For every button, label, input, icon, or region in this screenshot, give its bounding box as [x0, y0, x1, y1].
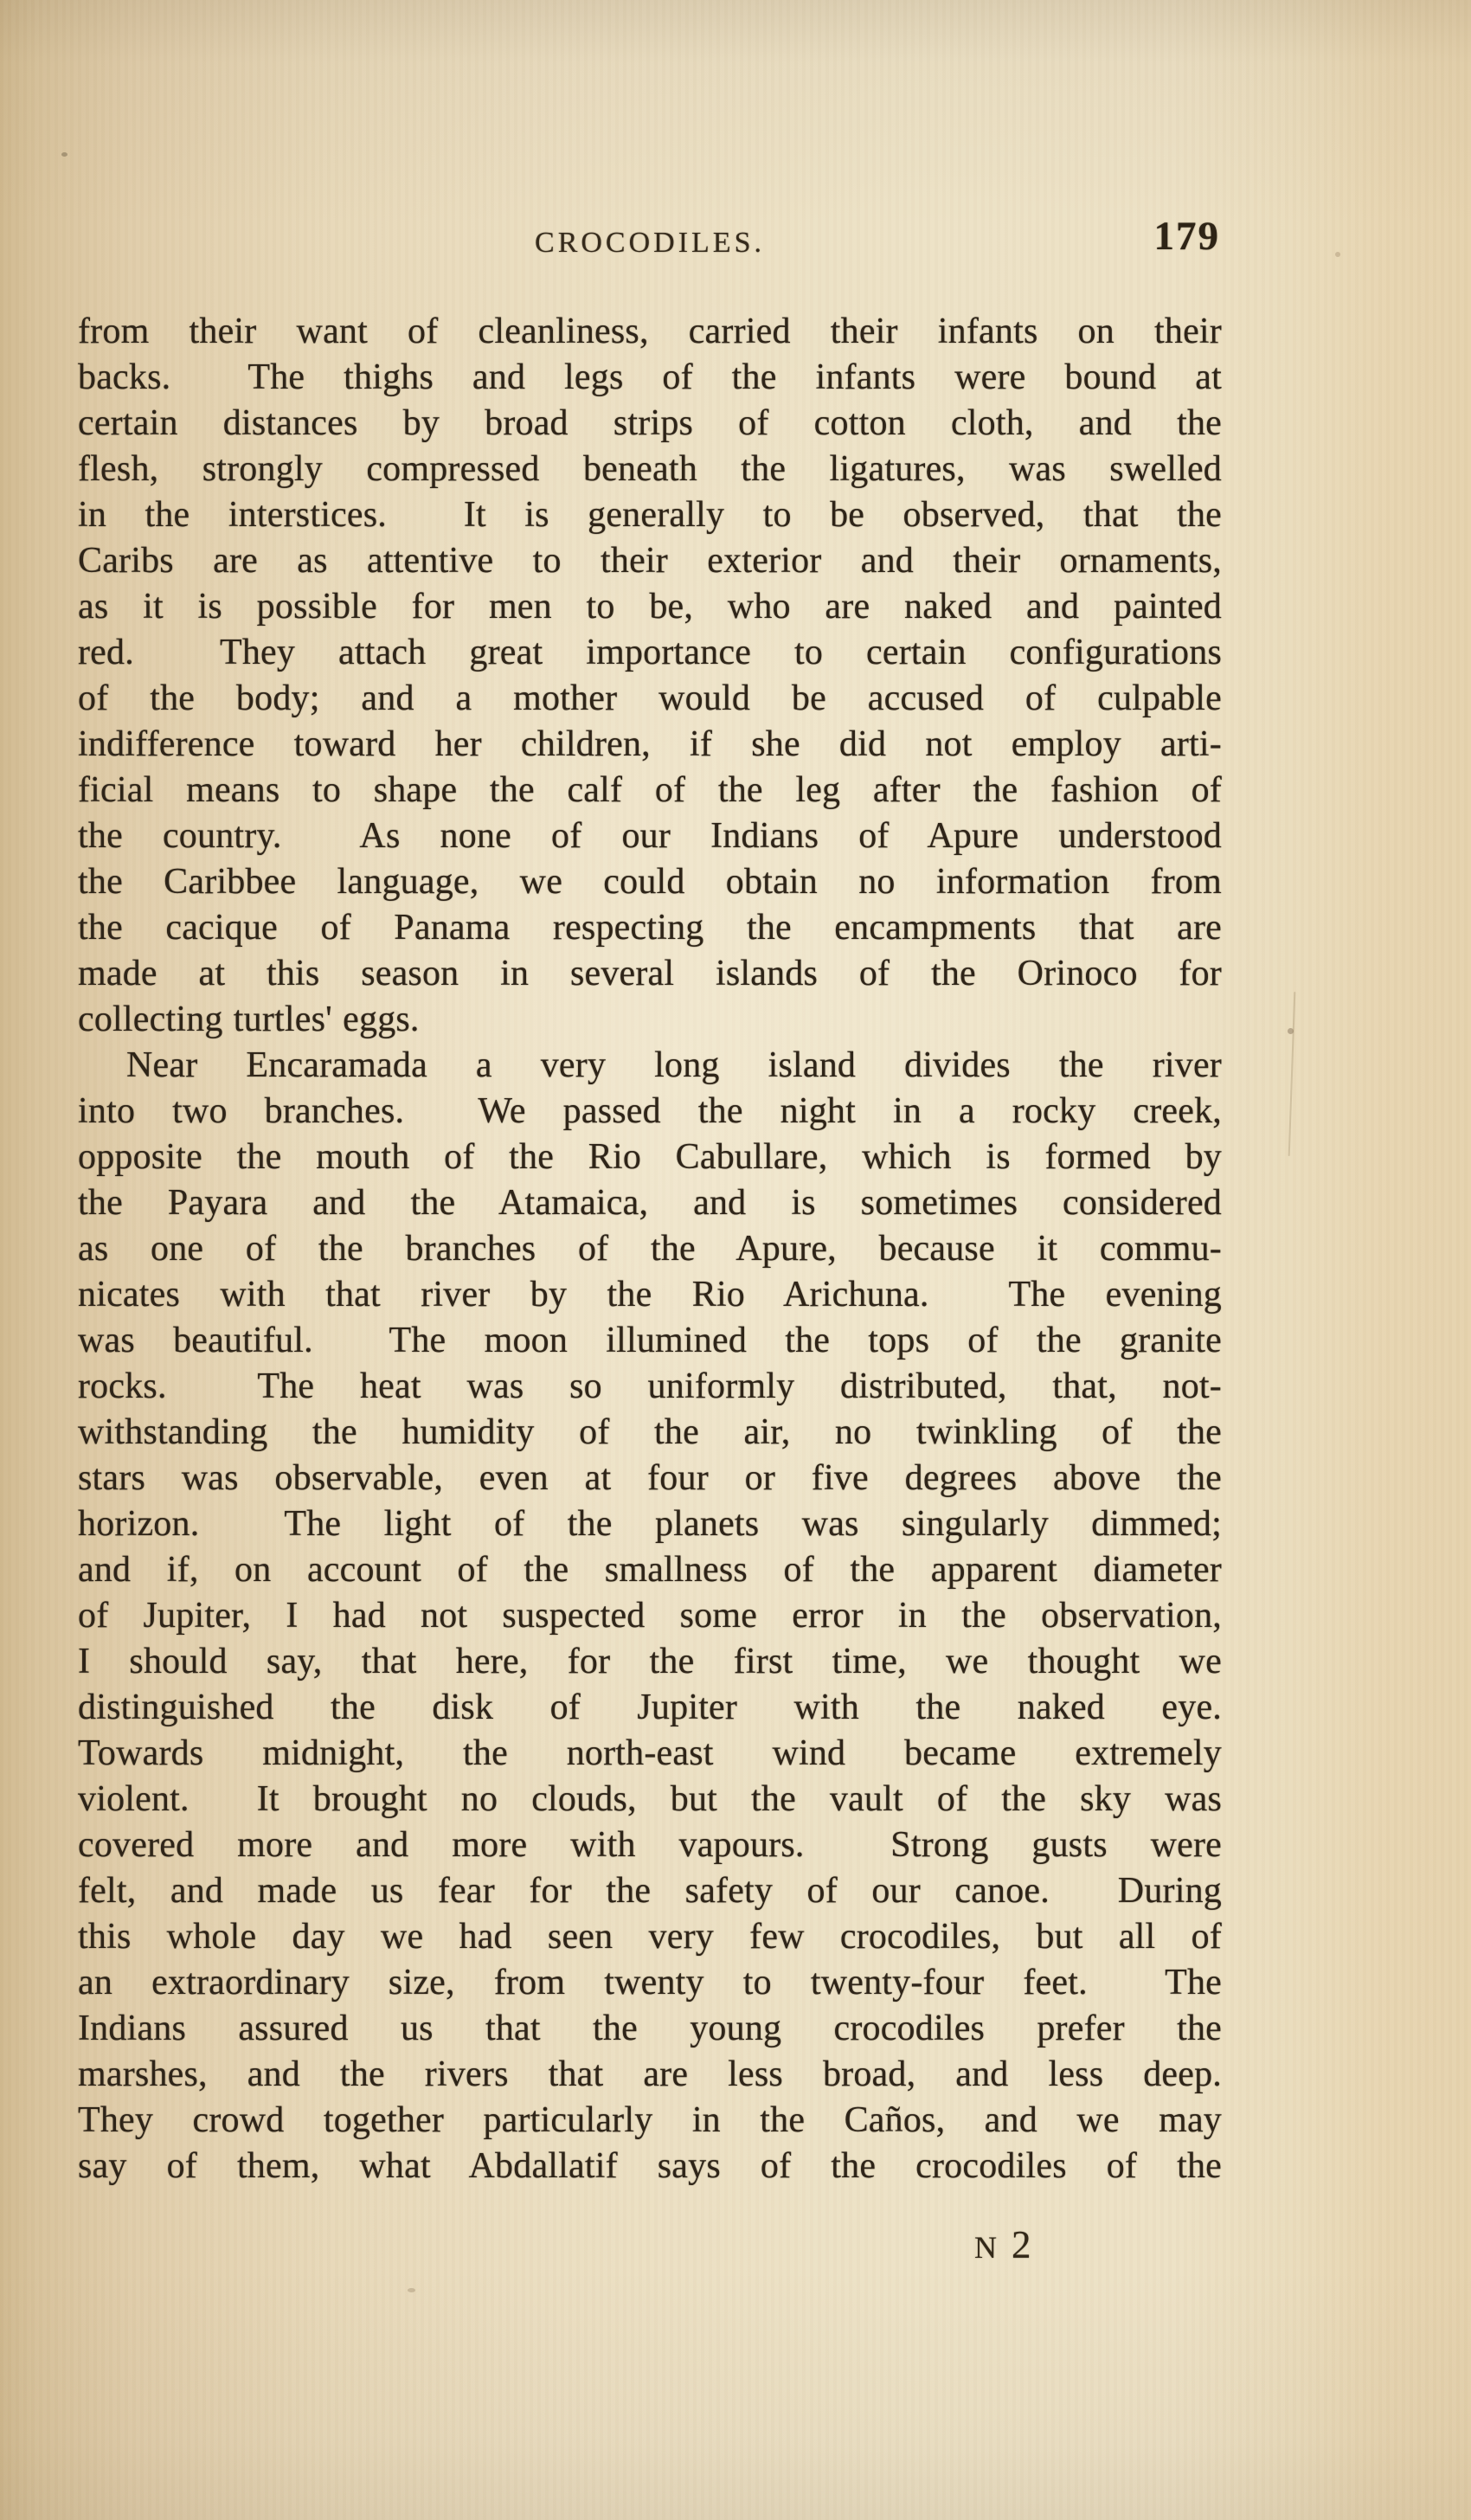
text-line: rocks. The heat was so uniformly distrib…	[78, 1364, 1222, 1410]
text-line: felt, and made us fear for the safety of…	[78, 1868, 1222, 1914]
scan-speck	[408, 2288, 415, 2292]
text-line: as it is possible for men to be, who are…	[78, 584, 1222, 630]
text-line: certain distances by broad strips of cot…	[78, 401, 1222, 447]
text-line: backs. The thighs and legs of the infant…	[78, 355, 1222, 401]
text-line: stars was observable, even at four or fi…	[78, 1456, 1222, 1501]
text-line: ficial means to shape the calf of the le…	[78, 768, 1222, 813]
text-line: opposite the mouth of the Rio Cabullare,…	[78, 1135, 1222, 1180]
printer-signature: N 2	[974, 2226, 1031, 2265]
text-line: covered more and more with vapours. Stro…	[78, 1822, 1222, 1868]
text-line: was beautiful. The moon illumined the to…	[78, 1318, 1222, 1364]
text-line: the country. As none of our Indians of A…	[78, 813, 1222, 859]
scan-speck	[61, 152, 67, 157]
text-line: distinguished the disk of Jupiter with t…	[78, 1685, 1222, 1731]
text-line: from their want of cleanliness, carried …	[78, 309, 1222, 355]
scan-crease	[1288, 992, 1296, 1156]
text-line: of the body; and a mother would be accus…	[78, 676, 1222, 722]
text-line: indifference toward her children, if she…	[78, 722, 1222, 768]
text-line: an extraordinary size, from twenty to tw…	[78, 1960, 1222, 2006]
text-line: this whole day we had seen very few croc…	[78, 1914, 1222, 1960]
page-number: 179	[1154, 216, 1221, 257]
text-line: withstanding the humidity of the air, no…	[78, 1410, 1222, 1456]
scan-speck	[1335, 252, 1340, 257]
text-line: the Payara and the Atamaica, and is some…	[78, 1180, 1222, 1226]
text-line: horizon. The light of the planets was si…	[78, 1501, 1222, 1547]
text-line: marshes, and the rivers that are less br…	[78, 2052, 1222, 2098]
text-line: nicates with that river by the Rio Arich…	[78, 1272, 1222, 1318]
text-line: They crowd together particularly in the …	[78, 2098, 1222, 2144]
text-line: collecting turtles' eggs.	[78, 997, 1222, 1043]
text-line: of Jupiter, I had not suspected some err…	[78, 1593, 1222, 1639]
text-line: as one of the branches of the Apure, bec…	[78, 1226, 1222, 1272]
text-line: in the interstices. It is generally to b…	[78, 492, 1222, 538]
text-line: red. They attach great importance to cer…	[78, 630, 1222, 676]
printer-signature-letter: N	[974, 2232, 997, 2263]
running-head-title: CROCODILES.	[535, 228, 765, 258]
text-line: violent. It brought no clouds, but the v…	[78, 1777, 1222, 1822]
text-line: Indians assured us that the young crocod…	[78, 2006, 1222, 2052]
text-line: Towards midnight, the north-east wind be…	[78, 1731, 1222, 1777]
text-line: the cacique of Panama respecting the enc…	[78, 905, 1222, 951]
text-line: the Caribbee language, we could obtain n…	[78, 859, 1222, 905]
text-line: I should say, that here, for the first t…	[78, 1639, 1222, 1685]
text-line: made at this season in several islands o…	[78, 951, 1222, 997]
scanned-book-page: CROCODILES. 179 from their want of clean…	[0, 0, 1471, 2520]
text-line: say of them, what Abdallatif says of the…	[78, 2144, 1222, 2189]
text-line: Caribs are as attentive to their exterio…	[78, 538, 1222, 584]
text-line: Near Encaramada a very long island divid…	[78, 1043, 1222, 1089]
running-head: CROCODILES. 179	[78, 215, 1222, 275]
text-line: flesh, strongly compressed beneath the l…	[78, 447, 1222, 492]
text-line: into two branches. We passed the night i…	[78, 1089, 1222, 1135]
printer-signature-number: 2	[1012, 2226, 1031, 2265]
text-line: and if, on account of the smallness of t…	[78, 1547, 1222, 1593]
body-text-block: from their want of cleanliness, carried …	[78, 309, 1222, 2189]
